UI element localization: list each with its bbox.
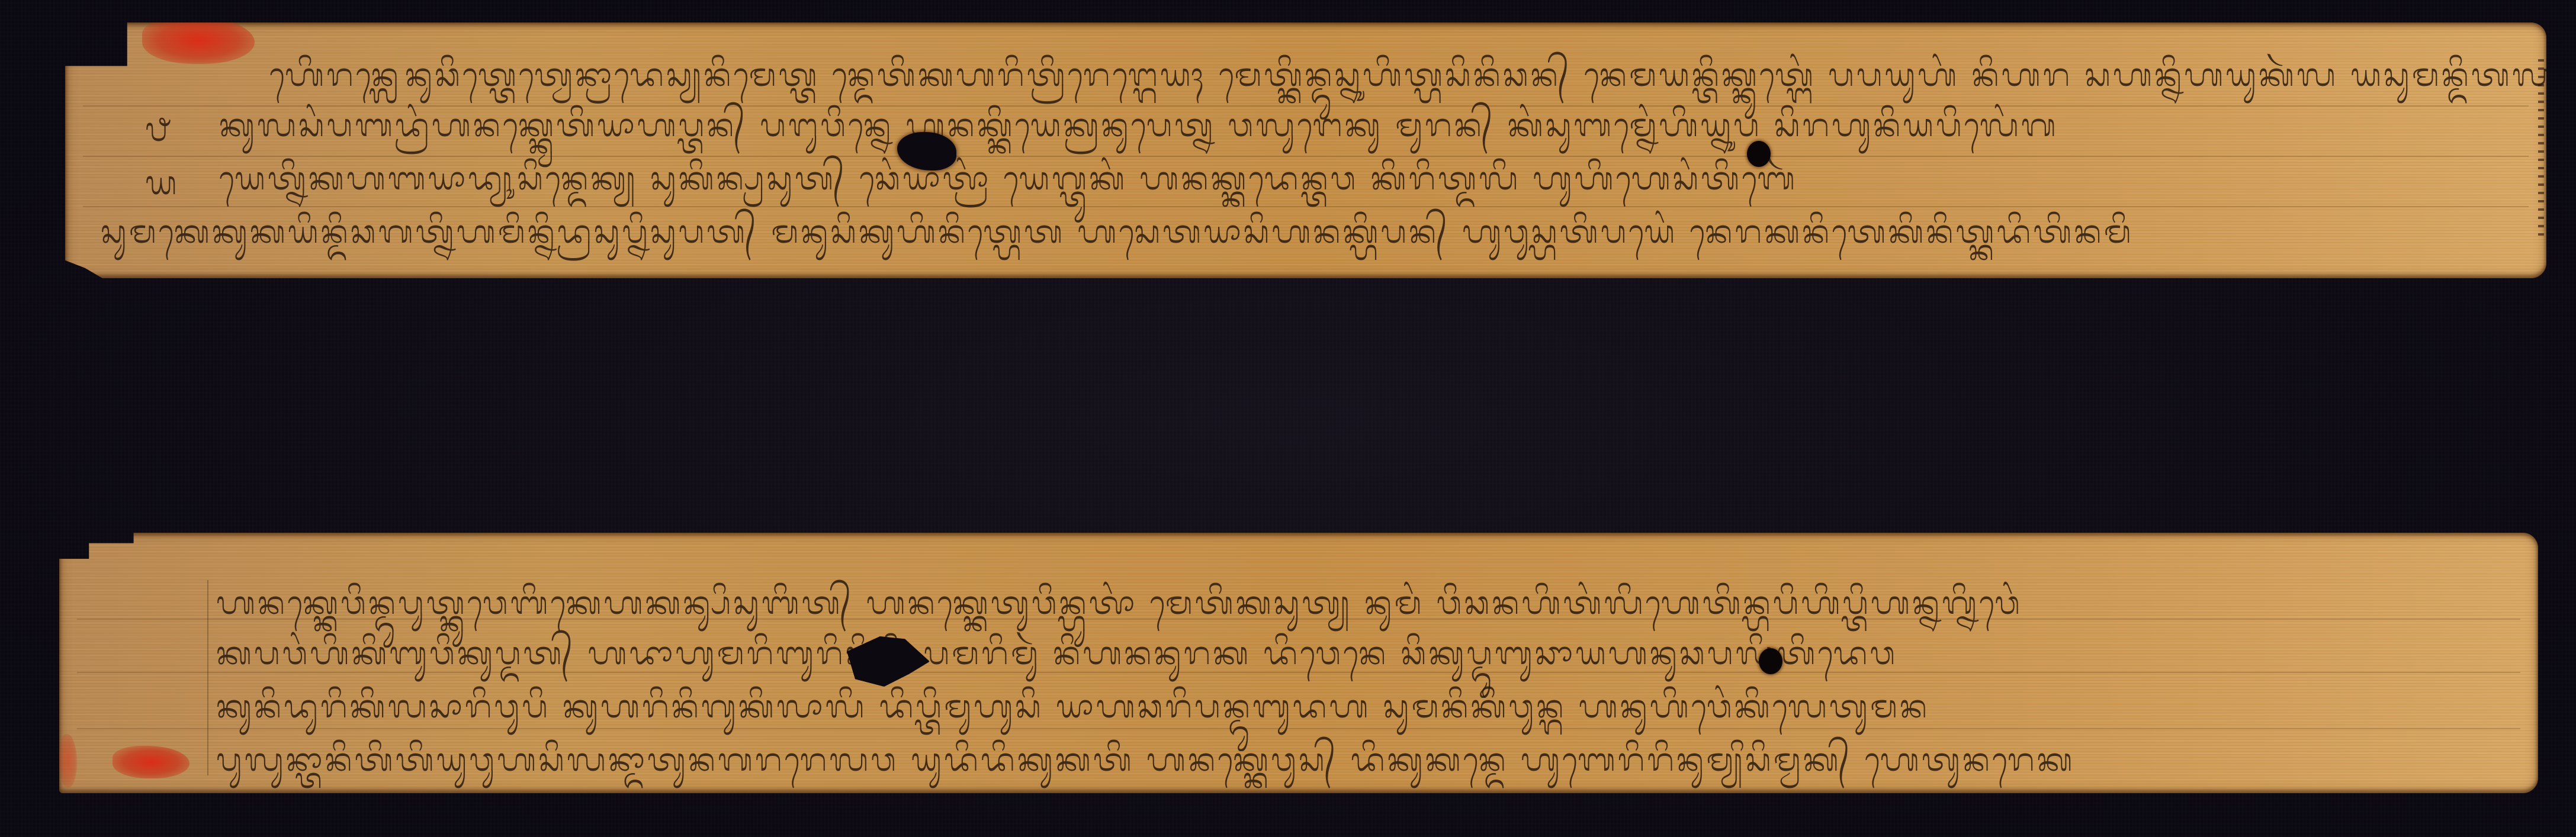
manuscript-line: ᬲᬸᬫᬓᬾᬓᬸᬓᬬᬶᬦ᭄ᬤᬶᬘᬕᬢ᭄ᬦᬶᬳᬫᬶᬦ᭄ᬦᬶᬤ᭄ᬭᬲᬸᬧ᭄ᬦᬶᬲᬸᬧᬢ… — [101, 209, 2134, 266]
palm-leaf-top: ᬨ ᬬ ᬳᬾᬶᬭᬦ᭄ᬮᬾᬦᬸᬘᬶᬢ᭄ᬢᬾᬢ᭄ᬯᬾᬦ᭄ᬭᬵᬤᬾᬲ᭄ᬬᬦᬶᬫᬾᬢ᭄ᬢ… — [65, 22, 2546, 278]
string-hole — [1747, 141, 1771, 167]
red-pigment-mark — [113, 746, 189, 778]
manuscript-line: ᬧᬸᬮᬸᬦ᭄ᬢᬵᬦᬶᬢᬶᬢᬶᬬᬸᬯᬸᬳᬲᬶᬮᬦ᭄ᬤᬵᬢᬸᬦᬕᬭᬭᬾᬮᬯ ᬬᬸᬤᬶ… — [216, 737, 2075, 794]
red-pigment-mark — [142, 17, 255, 64]
manuscript-line: ᬓᬧᬯᬂᬳᬶᬓᬶᬩᬸᬯᬶᬓᬸᬧ᭄ᬤᬢ᭄ ᬳᬤᬵᬳᬸᬫᬭᬶᬩᬸᬭᬶᬘᬶᬓᬶ ᬧᬫᬭ… — [216, 630, 1897, 688]
manuscript-line: ᬬᬾᬢ᭄ᬦᬶᬓᬳᬩᬬᬵᬤ᭄ᬬᬸᬲᬶᬦ᭄ᬤᬾᬓ᭄ᬬ ᬲᬸᬓᬶᬦ᭄ᬧ᭄ᬭᬲᬸᬢ᭄ ᬘ… — [219, 156, 1797, 213]
margin-rule — [207, 580, 208, 775]
manuscript-line: ᬳᬦᬓ᭄ᬓᬾᬯᬶᬦ᭄ᬤᬸᬧᬸᬢ᭄ᬓᬸᬯᬾᬩᬶᬓᬾᬳᬓᬦ᭄ᬲᬶᬲᬸᬩᬶᬢ᭄ ᬳᬦᬓ… — [216, 580, 2022, 638]
string-hole — [1759, 648, 1782, 674]
palm-leaf-bottom: ᬳᬦᬓ᭄ᬓᬾᬯᬶᬦ᭄ᬤᬸᬧᬸᬢ᭄ᬓᬸᬯᬾᬩᬶᬓᬾᬳᬓᬦ᭄ᬲᬶᬲᬸᬩᬶᬢ᭄ ᬳᬦᬓ… — [59, 533, 2538, 793]
margin-numeral: ᬨ — [145, 105, 171, 165]
red-pigment-mark — [59, 734, 77, 787]
manuscript-line: ᬳᬾᬶᬭᬦ᭄ᬮᬾᬦᬸᬘᬶᬢ᭄ᬢᬾᬢ᭄ᬯᬾᬦ᭄ᬭᬵᬤᬾᬲ᭄ᬬᬦᬶᬫᬾᬢ᭄ᬢ ᬦ᭄ᬤ… — [269, 52, 2553, 110]
manuscript-line: ᬓᬸᬦᬶᬤᬸᬭᬶᬓᬶᬮᬲᬵᬭᬶᬯᬸᬧᬶ ᬓᬸᬳᬭᬶᬦᬶᬕᬸᬓᬶᬮᬵᬮᬶ ᬤᬶᬧ᭄… — [216, 684, 1929, 741]
manuscript-line: ᬓᬸᬮᬲᬂᬧᬩᬤ᭄ᬭᬂᬳᬦᬓ᭄ᬓ᭄ᬯᬾᬢᬶᬬᬵᬳᬧ᭄ᬢᬦ᭄ ᬧᬗᬸᬯᬶᬦ᭄ᬦᬾ … — [219, 102, 2058, 160]
